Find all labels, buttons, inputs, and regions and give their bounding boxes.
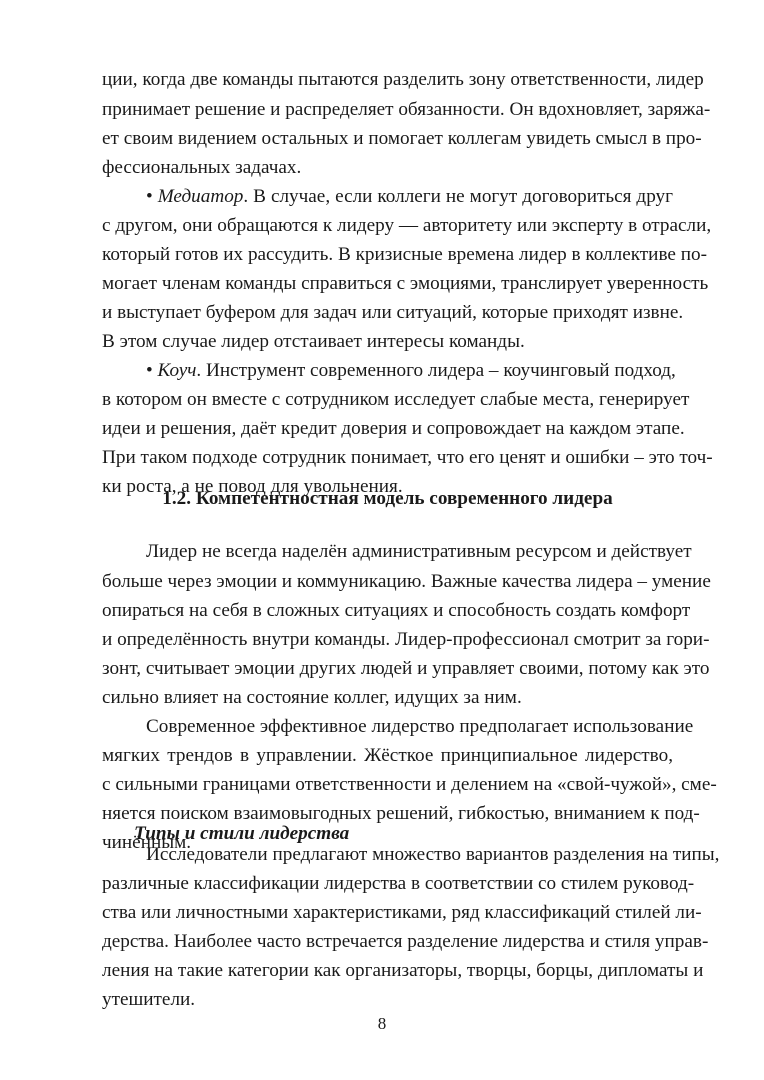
text-line: который готов их рассудить. В кризисные … bbox=[102, 242, 673, 268]
text-line: идеи и решения, даёт кредит доверия и со… bbox=[102, 416, 673, 442]
text-line: дерства. Наиболее часто встречается разд… bbox=[102, 929, 673, 955]
bullet-first-line: • Медиатор. В случае, если коллеги не мо… bbox=[146, 184, 673, 210]
text-line: ства или личностными характеристиками, р… bbox=[102, 900, 673, 926]
text-line: опираться на себя в сложных ситуациях и … bbox=[102, 598, 673, 624]
bullet-text: . Инструмент современного лидера – коучи… bbox=[196, 360, 675, 381]
text-line: принимает решение и распределяет обязанн… bbox=[102, 97, 673, 123]
text-line: утешители. bbox=[102, 987, 673, 1013]
text-line: с сильными границами ответственности и д… bbox=[102, 772, 673, 798]
text-line: и выступает буфером для задач или ситуац… bbox=[102, 300, 673, 326]
text-line: При таком подходе сотрудник понимает, чт… bbox=[102, 445, 673, 471]
bullet-icon: • bbox=[146, 186, 153, 207]
text-line: ет своим видением остальных и помогает к… bbox=[102, 126, 673, 152]
bullet-icon: • bbox=[146, 360, 153, 381]
text-line: и определённость внутри команды. Лидер-п… bbox=[102, 627, 673, 653]
text-line: в котором он вместе с сотрудником исслед… bbox=[102, 387, 673, 413]
text-line: мягких трендов в управлении. Жёсткое при… bbox=[102, 743, 673, 769]
document-page: ции, когда две команды пытаются разделит… bbox=[0, 0, 764, 1080]
text-line: с другом, они обращаются к лидеру — авто… bbox=[102, 213, 673, 239]
bullet-term: Медиатор bbox=[158, 186, 244, 207]
text-line: Лидер не всегда наделён административным… bbox=[146, 539, 673, 565]
text-line: фессиональных задачах. bbox=[102, 155, 673, 181]
bullet-term: Коуч bbox=[158, 360, 197, 381]
text-line: ции, когда две команды пытаются разделит… bbox=[102, 67, 673, 93]
text-line: В этом случае лидер отстаивает интересы … bbox=[102, 329, 673, 355]
section-heading: 1.2. Компетентностная модель современног… bbox=[102, 486, 673, 512]
text-line: зонт, считывает эмоции других людей и уп… bbox=[102, 656, 673, 682]
text-line: сильно влияет на состояние коллег, идущи… bbox=[102, 685, 673, 711]
text-line: Современное эффективное лидерство предпо… bbox=[146, 714, 673, 740]
text-line: больше через эмоции и коммуникацию. Важн… bbox=[102, 569, 673, 595]
text-line: различные классификации лидерства в соот… bbox=[102, 871, 673, 897]
text-line: ления на такие категории как организатор… bbox=[102, 958, 673, 984]
page-number: 8 bbox=[372, 1014, 392, 1034]
bullet-text: . В случае, если коллеги не могут догово… bbox=[243, 186, 673, 207]
text-line: могает членам команды справиться с эмоци… bbox=[102, 271, 673, 297]
text-line: Исследователи предлагают множество вариа… bbox=[146, 842, 673, 868]
bullet-first-line: • Коуч. Инструмент современного лидера –… bbox=[146, 358, 673, 384]
